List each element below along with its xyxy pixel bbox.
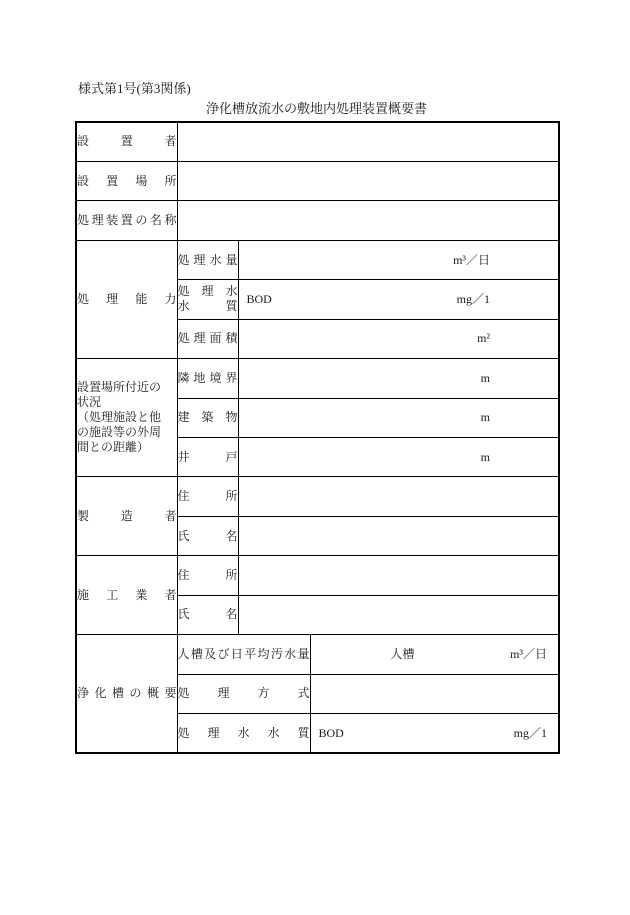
row-installer: 設置者: [76, 122, 559, 161]
installer-label: 設置者: [76, 122, 177, 161]
location-value-field: [177, 161, 559, 200]
manufacturer-label: 製造者: [76, 477, 177, 556]
area-unit: m²: [477, 331, 490, 346]
row-manufacturer-address: 製造者 住所: [76, 477, 559, 516]
well-unit: m: [481, 450, 490, 465]
row-surroundings-boundary: 設置場所付近の 状況 （処理施設と他 の施設等の外周 間との距離） 隣地境界 m: [76, 359, 559, 398]
manufacturer-address-label: 住所: [177, 477, 238, 516]
capacity-label: 処理能力: [76, 240, 177, 358]
boundary-label: 隣地境界: [177, 359, 238, 398]
summary-table: 設置者 設置場所 処理装置の名称 処理能力 処理水量 m³／日: [75, 121, 560, 754]
septic-quality-label: 処理水水質: [177, 714, 310, 754]
manufacturer-name-label: 氏名: [177, 516, 238, 555]
septic-capacity-label: 人槽及び日平均汚水量: [177, 635, 310, 674]
septic-method-value-field: [310, 674, 559, 713]
water-quality-label: 処理水 水質: [177, 280, 238, 319]
boundary-value-field: m: [238, 359, 559, 398]
surroundings-label: 設置場所付近の 状況 （処理施設と他 の施設等の外周 間との距離）: [76, 359, 177, 477]
area-label: 処理面積: [177, 319, 238, 358]
row-contractor-address: 施工業者 住所: [76, 556, 559, 595]
installer-value-field: [177, 122, 559, 161]
well-label: 井戸: [177, 438, 238, 477]
row-location: 設置場所: [76, 161, 559, 200]
septic-quality-value-layout: BOD mg／1: [311, 714, 559, 752]
water-volume-value-layout: m³／日: [239, 241, 559, 279]
septic-capacity-value-field: 人槽 m³／日: [310, 635, 559, 674]
row-septic-capacity: 浄化槽の概要 人槽及び日平均汚水量 人槽 m³／日: [76, 635, 559, 674]
water-quality-unit: mg／1: [457, 292, 490, 307]
page-title: 浄化槽放流水の敷地内処理装置概要書: [75, 101, 558, 117]
septic-quality-value-field: BOD mg／1: [310, 714, 559, 754]
manufacturer-name-value-field: [238, 516, 559, 555]
area-value-field: m²: [238, 319, 559, 358]
septic-capacity-unit: m³／日: [510, 647, 547, 662]
row-capacity-volume: 処理能力 処理水量 m³／日: [76, 240, 559, 279]
septic-tank-label: 浄化槽の概要: [76, 635, 177, 753]
building-label: 建築物: [177, 398, 238, 437]
contractor-name-value-field: [238, 595, 559, 634]
location-label: 設置場所: [76, 161, 177, 200]
building-unit: m: [481, 410, 490, 425]
building-value-layout: m: [239, 399, 559, 437]
septic-capacity-value-layout: 人槽 m³／日: [311, 635, 559, 673]
well-value-field: m: [238, 438, 559, 477]
boundary-unit: m: [481, 371, 490, 386]
contractor-address-label: 住所: [177, 556, 238, 595]
septic-quality-unit: mg／1: [514, 726, 547, 741]
contractor-label: 施工業者: [76, 556, 177, 635]
form-code: 様式第1号(第3関係): [78, 81, 191, 97]
contractor-name-label: 氏名: [177, 595, 238, 634]
water-quality-value-layout: BOD mg／1: [239, 280, 559, 318]
bod-parameter-label: BOD: [247, 292, 272, 307]
manufacturer-address-value-field: [238, 477, 559, 516]
building-value-field: m: [238, 398, 559, 437]
water-quality-value-field: BOD mg／1: [238, 280, 559, 319]
boundary-value-layout: m: [239, 359, 559, 397]
device-name-label: 処理装置の名称: [76, 201, 177, 240]
document-page: 様式第1号(第3関係) 浄化槽放流水の敷地内処理装置概要書 設置者 設置場所 処…: [0, 0, 630, 915]
water-volume-value-field: m³／日: [238, 240, 559, 279]
person-tank-label: 人槽: [391, 647, 415, 662]
water-volume-unit: m³／日: [453, 253, 490, 268]
septic-method-label: 処理方式: [177, 674, 310, 713]
area-value-layout: m²: [239, 320, 559, 358]
septic-bod-parameter-label: BOD: [319, 726, 344, 741]
water-volume-label: 処理水量: [177, 240, 238, 279]
well-value-layout: m: [239, 438, 559, 476]
device-name-value-field: [177, 201, 559, 240]
row-device-name: 処理装置の名称: [76, 201, 559, 240]
contractor-address-value-field: [238, 556, 559, 595]
